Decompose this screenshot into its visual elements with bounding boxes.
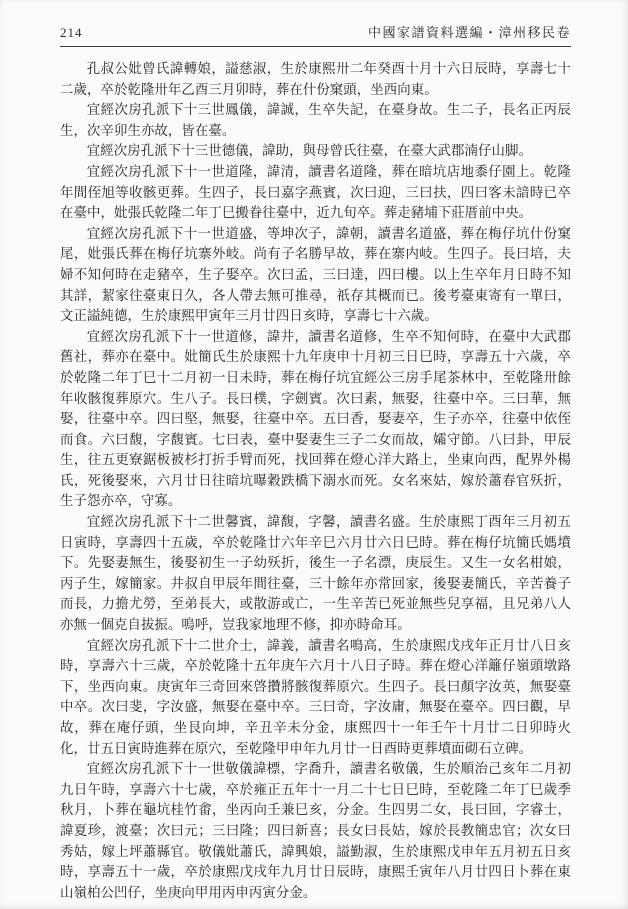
paragraph: 宜經次房孔派下十三世德儀，諱助，與母曾氏往臺，在臺大武郡湳仔山脚。 bbox=[60, 141, 571, 162]
paragraph: 宜經次房孔派下十一世敬儀諱標，字喬升，讀書名敬儀，生於順治己亥年二月初九日午時，… bbox=[60, 759, 571, 903]
scanned-book-page: 214 中國家譜資料選編・漳州移民卷 孔叔公妣曾氏諱轉娘，謚慈淑，生於康熙卅二年… bbox=[0, 0, 628, 909]
header-rule bbox=[60, 46, 571, 47]
document-body: 孔叔公妣曾氏諱轉娘，謚慈淑，生於康熙卅二年癸酉十月十六日辰時，享壽七十二歲，卒於… bbox=[60, 59, 571, 903]
paragraph: 宜經次房孔派下十二世介士，諱義，讀書名鳴高，生於康熙戊戌年正月廿八日亥時，享壽六… bbox=[60, 636, 571, 760]
page-number: 214 bbox=[60, 25, 83, 41]
running-title: 中國家譜資料選編・漳州移民卷 bbox=[368, 22, 571, 41]
paragraph: 宜經次房孔派下十一世道盛，等坤次子，諱朝，讀書名道盛，葬在梅仔坑什份窠尾，妣張氏… bbox=[60, 224, 571, 327]
paragraph: 宜經次房孔派下十二世馨賓，諱馥，字馨，讀書名盛。生於康熙丁酉年三月初五日寅時，享… bbox=[60, 512, 571, 636]
paragraph: 宜經次房孔派下十一世道隆，諱清，讀書名道隆，葬在暗坑店地黍仔園上。乾隆年間侄旭等… bbox=[60, 162, 571, 224]
paragraph: 宜經次房孔派下十三世鳳儀，諱誠，生卒失記，在臺身故。生二子，長名正丙辰生，次辛卯… bbox=[60, 100, 571, 141]
running-head: 214 中國家譜資料選編・漳州移民卷 bbox=[60, 22, 571, 41]
paragraph: 孔叔公妣曾氏諱轉娘，謚慈淑，生於康熙卅二年癸酉十月十六日辰時，享壽七十二歲，卒於… bbox=[60, 59, 571, 100]
paragraph: 宜經次房孔派下十一世道修，諱井，讀書名道修，生卒不知何時，在臺中大武郡舊社，葬亦… bbox=[60, 327, 571, 512]
